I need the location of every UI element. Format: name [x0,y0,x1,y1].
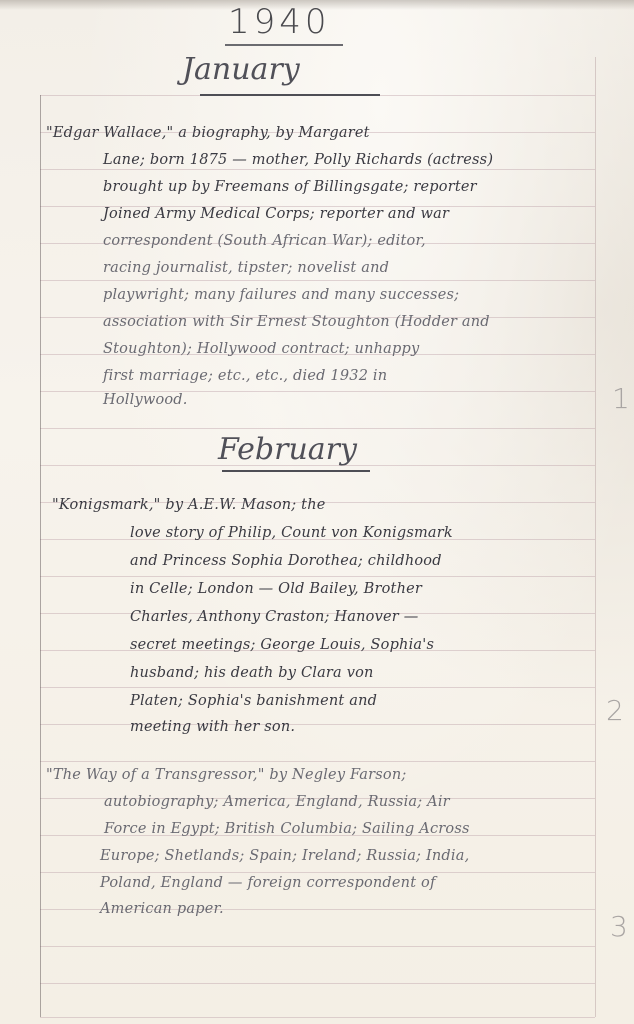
entry-line: meeting with her son. [130,712,295,742]
ruled-line [40,946,595,947]
entry-number: 3 [610,910,628,943]
entry-line: correspondent (South African War); edito… [103,226,426,256]
left-margin-line [40,95,41,1017]
entry-line: Hollywood. [103,385,188,415]
ruled-line [40,428,595,429]
notebook-page: 1940 January "Edgar Wallace," a biograph… [0,0,634,1024]
entry-line: love story of Philip, Count von Konigsma… [130,518,453,548]
entry-line: secret meetings; George Louis, Sophia's [130,630,434,660]
entry-line: autobiography; America, England, Russia;… [104,787,450,817]
entry-line: Charles, Anthony Craston; Hanover — [130,602,418,632]
entry-line: Lane; born 1875 — mother, Polly Richards… [103,145,493,175]
entry-line: Joined Army Medical Corps; reporter and … [103,199,449,229]
entry-line: Europe; Shetlands; Spain; Ireland; Russi… [100,841,469,871]
entry-line: "The Way of a Transgressor," by Negley F… [46,760,406,790]
year-heading: 1940 [228,2,331,42]
entry-line: "Edgar Wallace," a biography, by Margare… [46,118,370,148]
entry-line: racing journalist, tipster; novelist and [103,253,389,283]
entry-line: in Celle; London — Old Bailey, Brother [130,574,422,604]
entry-line: brought up by Freemans of Billingsgate; … [103,172,477,202]
entry-line: and Princess Sophia Dorothea; childhood [130,546,442,576]
entry-line: Force in Egypt; British Columbia; Sailin… [104,814,470,844]
month-heading-february: February [218,432,357,467]
entry-line: association with Sir Ernest Stoughton (H… [103,307,490,337]
year-underline [225,44,343,46]
entry-number: 2 [606,694,624,727]
month-underline [200,94,380,96]
ruled-line [40,983,595,984]
right-margin-line [595,57,596,1017]
ruled-line [40,1017,595,1018]
entry-line: Stoughton); Hollywood contract; unhappy [103,334,419,364]
entry-number: 1 [612,382,630,415]
ruled-line [40,724,595,725]
entry-line: American paper. [100,894,224,924]
entry-line: husband; his death by Clara von [130,658,374,688]
month-heading-january: January [182,52,300,87]
entry-line: "Konigsmark," by A.E.W. Mason; the [52,490,326,520]
month-underline [222,470,370,472]
entry-line: playwright; many failures and many succe… [103,280,459,310]
